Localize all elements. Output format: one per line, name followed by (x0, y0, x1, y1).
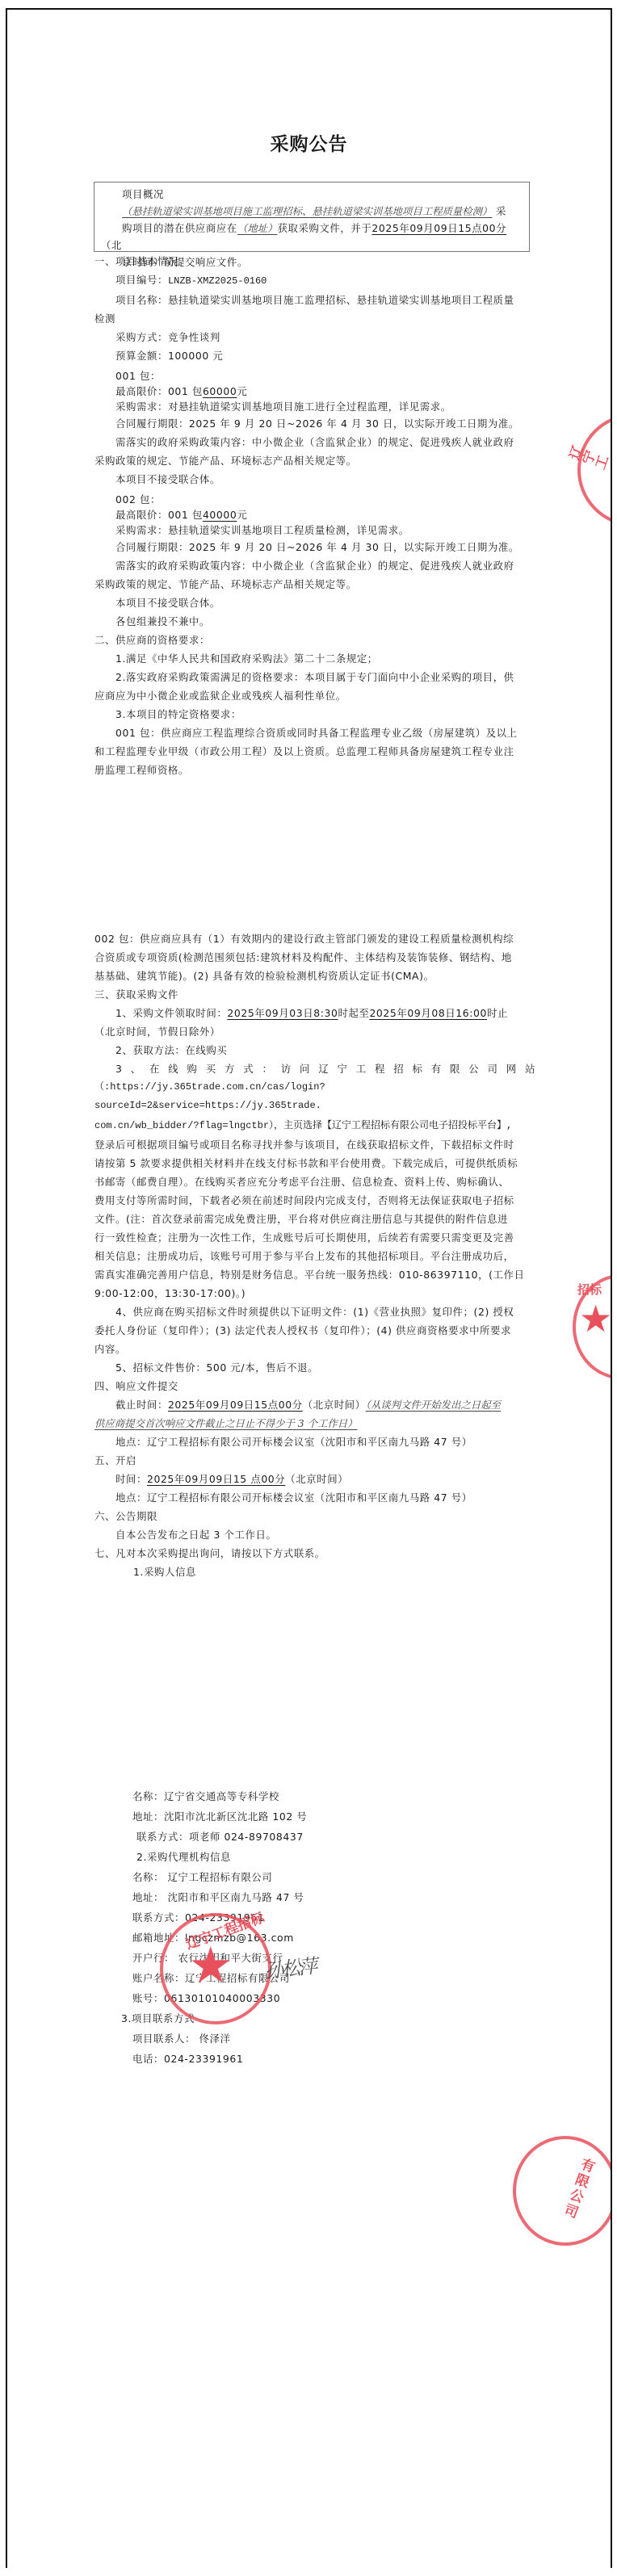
budget-amount: 预算金额：100000 元 (94, 346, 535, 365)
page-title: 采购公告 (7, 129, 611, 156)
project-summary-box: 项目概况 （悬挂轨道梁实训基地项目施工监理招标、悬挂轨道梁实训基地项目工程质量检… (94, 182, 530, 252)
purchase-instructions-6: 行一致性检查；注册为一次性工作，生成账号后可长期使用，后续若有需要只需变更及完善 (94, 1228, 535, 1247)
requirement-3: 3.本项目的特定资格要求： (94, 705, 535, 724)
requirement-pkg2-cont2: 基基础、建筑节能)。(2) 具备有效的检验检测机构资质认定证书(CMA)。 (94, 967, 535, 985)
summary-line-2: 购项目的潜在供应商应在（地址）获取采购文件，并于2025年09月09日15点00… (101, 220, 524, 254)
agency-name: 名称： 辽宁工程招标有限公司 (132, 1867, 472, 1887)
required-documents-cont: 委托人身份证（复印件）；(3) 法定代表人授权书（复印件）；(4) 供应商资格要… (94, 1321, 535, 1340)
agency-info-heading: 2.采购代理机构信息 (132, 1847, 472, 1867)
purchaser-contact: 联系方式：项老师 024-89708437 (132, 1827, 472, 1847)
package-002-consortium: 本项目不接受联合体。 (94, 594, 535, 612)
package-002-max-price: 最高限价：001 包40000元 (94, 507, 535, 522)
package-002-label: 002 包： (94, 492, 535, 507)
summary-project-name: （悬挂轨道梁实训基地项目施工监理招标、悬挂轨道梁实训基地项目工程质量检测） (122, 205, 492, 217)
document-price: 5、招标文件售价：500 元/本，售后不退。 (94, 1358, 535, 1377)
acquisition-method: 2、获取方法：在线购买 (94, 1041, 535, 1059)
summary-deadline: 2025年09月09日15点00分 (371, 222, 506, 234)
procurement-method: 采购方式：竞争性谈判 (94, 328, 535, 346)
project-name-cont: 检测 (94, 309, 535, 328)
notice-period: 自本公告发布之日起 3 个工作日。 (94, 1525, 535, 1544)
submission-deadline: 截止时间：2025年09月09日15点00分（北京时间）（从谈判文件开始发出之日… (94, 1395, 535, 1414)
agency-address: 地址： 沈阳市和平区南九马路 47 号 (132, 1887, 472, 1907)
package-001-consortium: 本项目不接受联合体。 (94, 470, 535, 489)
section-6-heading: 六、公告期限 (94, 1507, 535, 1525)
opening-time: 时间：2025年09月09日15 点00分（北京时间） (94, 1470, 535, 1488)
summary-address: （地址） (237, 222, 278, 234)
package-002-policy: 需落实的政府采购政策内容：中小微企业（含监狱企业）的规定、促进残疾人就业政府 (94, 556, 535, 575)
requirement-pkg1: 001 包：供应商应工程监理综合资质或同时具备工程监理专业乙级（房屋建筑）及以上 (94, 724, 535, 742)
requirement-pkg2-cont: 合资质或专项资质(检测范围须包括:建筑材料及构配件、主体结构及装饰装修、钢结构、… (94, 948, 535, 967)
section-2-continued: 002 包：供应商应具有（1）有效期内的建设行政主管部门颁发的建设工程质量检测机… (94, 929, 535, 1581)
package-001-period: 合同履行期限：2025 年 9 月 20 日~2026 年 4 月 30 日，以… (94, 414, 535, 433)
collection-time: 1、采购文件领取时间：2025年09月03日8:30时起至2025年09月08日… (94, 1004, 535, 1022)
package-001-label: 001 包： (94, 368, 535, 384)
handwritten-signature: 孙松萍 (262, 1950, 316, 1983)
project-contact-heading: 3.项目联系方式 (121, 2008, 472, 2028)
package-001-policy: 需落实的政府采购政策内容：中小微企业（含监狱企业）的规定、促进残疾人就业政府 (94, 433, 535, 451)
section-3-heading: 三、获取采购文件 (94, 985, 535, 1004)
company-seal-edge (513, 2136, 612, 2246)
platform-url-cont: com.cn/wb_bidder/?flag=lngctbr），主页选择【辽宁工… (94, 1115, 535, 1135)
platform-url[interactable]: （:https://jy.365trade.com.cn/cas/login?s… (94, 1078, 535, 1115)
section-4-heading: 四、响应文件提交 (94, 1377, 535, 1395)
package-002-period: 合同履行期限：2025 年 9 月 20 日~2026 年 4 月 30 日，以… (94, 538, 535, 556)
package-001-max-price: 最高限价：001 包60000元 (94, 384, 535, 399)
project-number: 项目编号：LNZB-XMZ2025-0160 (94, 271, 535, 291)
purchase-instructions-7: 相关信息；注册成功后，该账号可用于参与平台上发布的其他招标项目。平台注册成功后， (94, 1247, 535, 1265)
seal-text: 招标 (577, 1281, 602, 1298)
purchase-instructions-5: 文件。(注：首次登录前需完成免费注册，平台将对供应商注册信息与其提供的附件信息进 (94, 1210, 535, 1228)
project-contact-phone: 电话：024-23391961 (132, 2049, 472, 2069)
purchase-instructions-1: 登录后可根据项目编号或项目名称寻找并参与该项目，在线获取招标文件，下载招标文件时 (94, 1135, 535, 1154)
purchase-instructions-9: 9:00-12:00，13:30-17:00)。) (94, 1284, 535, 1303)
requirement-2-cont: 应商应为中小微企业或监狱企业或残疾人福利性单位。 (94, 686, 535, 705)
package-002-policy-cont: 采购政策的规定、节能产品、环境标志产品相关规定等。 (94, 575, 535, 594)
section-1-heading: 一、项目基本情况 (94, 252, 535, 271)
required-documents-cont2: 内容。 (94, 1340, 535, 1358)
requirement-pkg1-cont: 和工程监理专业甲级（市政公用工程）及以上资质。总监理工程师具备房屋建筑工程专业注 (94, 742, 535, 761)
package-001-policy-cont: 采购政策的规定、节能产品、环境标志产品相关规定等。 (94, 451, 535, 470)
purchaser-info-heading: 1.采购人信息 (94, 1563, 535, 1581)
summary-line-1: （悬挂轨道梁实训基地项目施工监理招标、悬挂轨道梁实训基地项目工程质量检测） 采 (101, 203, 524, 220)
submission-location: 地点：辽宁工程招标有限公司开标楼会议室（沈阳市和平区南九马路 47 号） (94, 1433, 535, 1451)
project-contact-person: 项目联系人： 佟泽洋 (132, 2028, 472, 2049)
purchase-instructions-2: 请按第 5 款要求提供相关材料并在线支付标书款和平台使用费。下载完成后，可提供纸… (94, 1154, 535, 1173)
purchase-instructions-3: 书邮寄（邮费自理）。在线购买者应充分考虑平台注册、信息检查、资料上传、购标确认、 (94, 1173, 535, 1191)
online-purchase-method: 3、在线购买方式：访问辽宁工程招标有限公司网站 (94, 1059, 535, 1078)
package-001-demand: 采购需求：对悬挂轨道梁实训基地项目施工进行全过程监理，详见需求。 (94, 399, 535, 414)
submission-deadline-note: 供应商提交首次响应文件截止之日止不得少于 3 个工作日） (94, 1414, 535, 1433)
requirement-pkg1-cont2: 册监理工程师资格。 (94, 761, 535, 779)
section-5-heading: 五、开启 (94, 1451, 535, 1470)
seal-star-icon: ★ (579, 1300, 612, 1337)
purchaser-address: 地址：沈阳市沈北新区沈北路 102 号 (132, 1806, 472, 1827)
document-page-2: 002 包：供应商应具有（1）有效期内的建设行政主管部门颁发的建设工程质量检测机… (6, 858, 612, 1716)
purchaser-name: 名称：辽宁省交通高等专科学校 (132, 1786, 472, 1806)
summary-heading: 项目概况 (101, 186, 524, 203)
collection-time-cont: （北京时间，节假日除外） (94, 1022, 535, 1041)
section-2-heading: 二、供应商的资格要求： (94, 631, 535, 649)
section-7-heading: 七、凡对本次采购提出询问，请按以下方式联系。 (94, 1544, 535, 1563)
required-documents: 4、供应商在购买招标文件时须提供以下证明文件：(1)《营业执照》复印件；(2) … (94, 1303, 535, 1321)
bid-rule: 各包组兼投不兼中。 (94, 612, 535, 631)
project-name: 项目名称：悬挂轨道梁实训基地项目施工监理招标、悬挂轨道梁实训基地项目工程质量 (94, 291, 535, 309)
section-1: 一、项目基本情况 项目编号：LNZB-XMZ2025-0160 项目名称：悬挂轨… (94, 252, 535, 779)
purchase-instructions-8: 需真实准确完善用户信息，特别是财务信息。平台统一服务热线：010-8639711… (94, 1265, 535, 1284)
requirement-2: 2.落实政府采购政策需满足的资格要求：本项目属于专门面向中小企业采购的项目，供 (94, 668, 535, 686)
opening-location: 地点：辽宁工程招标有限公司开标楼会议室（沈阳市和平区南九马路 47 号） (94, 1488, 535, 1507)
requirement-1: 1.满足《中华人民共和国政府采购法》第二十二条规定； (94, 649, 535, 668)
package-002-demand: 采购需求：悬挂轨道梁实训基地项目工程质量检测，详见需求。 (94, 522, 535, 538)
purchase-instructions-4: 费用支付等所需时间，下载者必须在前述时间段内完成支付，否则将无法保证获取电子招标 (94, 1191, 535, 1210)
document-page-1: 采购公告 项目概况 （悬挂轨道梁实训基地项目施工监理招标、悬挂轨道梁实训基地项目… (6, 8, 612, 859)
requirement-pkg2: 002 包：供应商应具有（1）有效期内的建设行政主管部门颁发的建设工程质量检测机… (94, 929, 535, 948)
document-page-3: 名称：辽宁省交通高等专科学校 地址：沈阳市沈北新区沈北路 102 号 联系方式：… (6, 1714, 612, 2568)
